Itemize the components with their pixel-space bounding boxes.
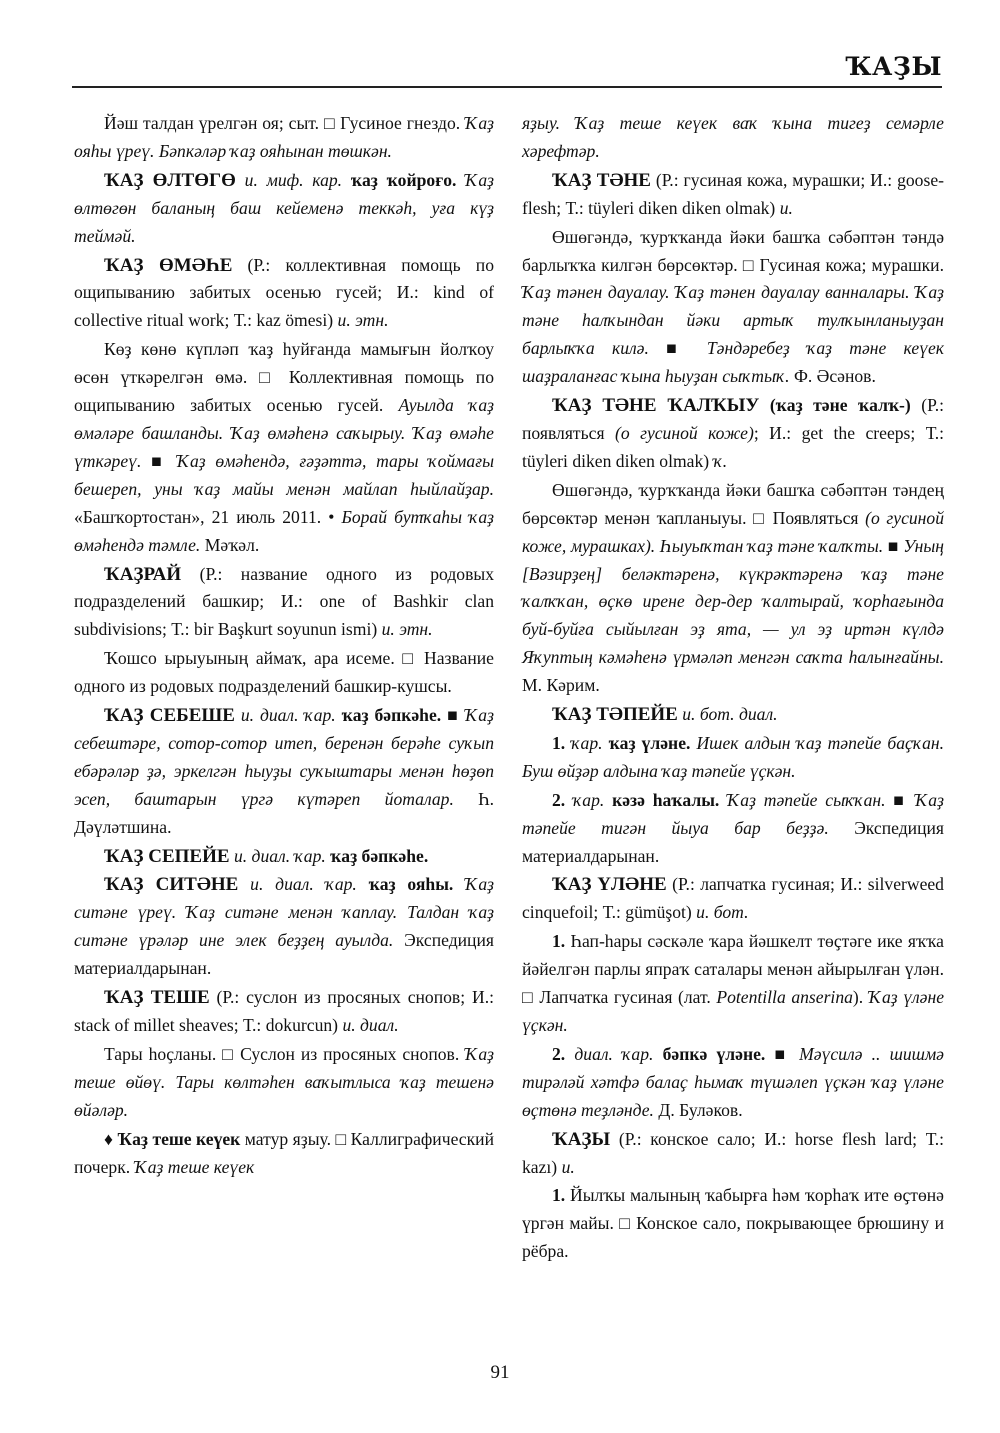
dictionary-entry-paragraph: 2. диал. ҡар. бәпкә үләне. ■ Мәүсилә .. …	[522, 1041, 944, 1125]
entry-text: 1.	[552, 1185, 565, 1205]
dictionary-entry-paragraph: Ҡошсо ырыуының аймаҡ, ара исеме. □ Назва…	[74, 645, 494, 701]
entry-text: ■	[649, 338, 707, 358]
entry-text: и.	[562, 1157, 575, 1177]
dictionary-entry-paragraph: ♦ Ҡаҙ теше кеүек матур яҙыу. □ Каллиграф…	[74, 1126, 494, 1182]
dictionary-entry-paragraph: Йәш талдан үрелгән оя; сыт. □ Гусиное гн…	[74, 110, 494, 166]
entry-text: и. бот. диал.	[678, 704, 778, 724]
dictionary-entry-paragraph: 1. ҡар. ҡаҙ үләне. Ишек алдын ҡаҙ тәпейе…	[522, 730, 944, 786]
headword: ҠАҘ ТӘНЕ	[552, 170, 651, 191]
entry-text: и.	[780, 198, 793, 218]
dictionary-entry-paragraph: 1. Һап-һары сәскәле ҡара йәшкелт төҫтәге…	[522, 928, 944, 1040]
entry-text: ■	[883, 536, 903, 556]
entry-text: ■	[441, 705, 465, 725]
entry-text: и. диал. ҡар.	[238, 874, 357, 894]
entry-text: и. диал. ҡар.	[230, 846, 326, 866]
entry-text: и. миф. кар.	[236, 170, 342, 190]
entry-text: ).	[853, 987, 869, 1007]
entry-text: Ҡаҙ тәпейе сыҡҡан.	[719, 790, 885, 810]
entry-text: ҡар.	[565, 790, 604, 810]
dictionary-entry-paragraph: Өшөгәндә, ҡурҡҡанда йәки башҡа сәбәптән …	[522, 224, 944, 391]
dictionary-entry-paragraph: ҠАҘ ТӘПЕЙЕ и. бот. диал.	[522, 701, 944, 729]
entry-text: 2.	[552, 790, 565, 810]
entry-text: Д. Буләков.	[654, 1100, 743, 1120]
headword: ҠАҘ СЕБЕШЕ	[104, 705, 235, 726]
dictionary-entry-paragraph: ҠАҘРАЙ (Р.: название одного из родовых п…	[74, 561, 494, 645]
headword: ҠАҘ ӨЛТӨГӨ	[104, 170, 236, 191]
dictionary-entry-paragraph: 1. Йылҡы малының ҡабырға һәм ҡорһаҡ ите …	[522, 1182, 944, 1266]
dictionary-entry-paragraph: ҠАҘ ӨЛТӨГӨ и. миф. кар. ҡаҙ ҡойроғо. Ҡаҙ…	[74, 167, 494, 251]
entry-text: Ф. Әсәнов.	[790, 366, 876, 386]
headword: ҠАҘ ТӘПЕЙЕ	[552, 704, 678, 725]
entry-text: ■	[765, 1044, 799, 1064]
entry-text: Potentilla anserina	[716, 987, 853, 1007]
left-column: Йәш талдан үрелгән оя; сыт. □ Гусиное гн…	[74, 110, 494, 1182]
dictionary-entry-paragraph: ҠАҘ ТӘНЕ (Р.: гусиная кожа, мурашки; И.:…	[522, 167, 944, 223]
entry-text: ҡаҙ ҡойроғо.	[342, 170, 456, 190]
entry-text: (о гусиной коже)	[615, 423, 754, 443]
entry-text: Ҡаҙ теше кеүек	[135, 1157, 255, 1177]
headword: ҠАҘ ҮЛӘНЕ	[552, 874, 667, 895]
entry-text: (ҡаҙ тәне ҡалҡ-)	[759, 395, 910, 415]
entry-text: М. Кәрим.	[522, 675, 600, 695]
entry-text: ■	[886, 790, 916, 810]
entry-text: ■	[141, 451, 176, 471]
entry-text: яҙыу. Ҡаҙ теше кеүек ваҡ ҡына тигеҙ семә…	[522, 113, 944, 161]
page-number: 91	[0, 1362, 1000, 1384]
entry-text: «Башҡортостан», 21 июль 2011. •	[74, 507, 341, 527]
entry-text: Тары һоҫланы. □ Суслон из просяных снопо…	[104, 1044, 465, 1064]
entry-text: диал. ҡар.	[565, 1044, 653, 1064]
entry-text: ҡар.	[565, 733, 602, 753]
right-column: яҙыу. Ҡаҙ теше кеүек ваҡ ҡына тигеҙ семә…	[522, 110, 944, 1267]
entry-text: и. этн.	[338, 310, 389, 330]
dictionary-entry-paragraph: ҠАҘ ТӘНЕ ҠАЛҠЫУ (ҡаҙ тәне ҡалҡ-) (Р.: по…	[522, 392, 944, 476]
entry-text: и. диал.	[342, 1015, 398, 1035]
entry-text: 1.	[552, 931, 565, 951]
entry-text: ♦	[104, 1129, 118, 1149]
entry-text: Ҡаҙ теше кеүек	[118, 1129, 241, 1149]
dictionary-entry-paragraph: ҠАҘ СЕПЕЙЕ и. диал. ҡар. ҡаҙ бәпкәһе.	[74, 843, 494, 871]
dictionary-entry-paragraph: ҠАҘ ҮЛӘНЕ (Р.: лапчатка гусиная; И.: sil…	[522, 871, 944, 927]
dictionary-entry-paragraph: 2. ҡар. кәзә һаҡалы. Ҡаҙ тәпейе сыҡҡан. …	[522, 787, 944, 871]
entry-text: и. диал. ҡар.	[235, 705, 336, 725]
running-head: ҠАҘЫ	[846, 52, 942, 81]
headword: ҠАҘ ӨМӘҺЕ	[104, 255, 232, 276]
entry-text: кәзә һаҡалы.	[604, 790, 719, 810]
entry-text: ҡаҙ ояһы.	[357, 874, 454, 894]
headword: ҠАҘ ТӘНЕ ҠАЛҠЫУ	[552, 395, 759, 416]
dictionary-entry-paragraph: Көҙ көнө күпләп ҡаҙ һуйғанда мамығын йол…	[74, 336, 494, 559]
headword: ҠАҘ СЕПЕЙЕ	[104, 846, 230, 867]
entry-text: 2.	[552, 1044, 565, 1064]
entry-text: ҡаҙ үләне.	[603, 733, 691, 753]
dictionary-entry-paragraph: ҠАҘ ӨМӘҺЕ (Р.: коллективная помощь по ощ…	[74, 252, 494, 336]
entry-text: и. этн.	[382, 619, 433, 639]
headword: ҠАҘЫ	[552, 1129, 610, 1150]
dictionary-entry-paragraph: ҠАҘ ТЕШЕ (Р.: суслон из просяных снопов;…	[74, 984, 494, 1040]
headword: ҠАҘРАЙ	[104, 564, 181, 585]
entry-text: Йылҡы малының ҡабырға һәм ҡорһаҡ ите өҫт…	[522, 1185, 944, 1261]
entry-text: Өшөгәндә, ҡурҡҡанда йәки башҡа сәбәптән …	[522, 227, 944, 275]
dictionary-entry-paragraph: ҠАҘЫ (Р.: конское сало; И.: horse flesh …	[522, 1126, 944, 1182]
dictionary-entry-paragraph: яҙыу. Ҡаҙ теше кеүек ваҡ ҡына тигеҙ семә…	[522, 110, 944, 166]
entry-text: Мәҡәл.	[200, 535, 259, 555]
entry-text: Йәш талдан үрелгән оя; сыт. □ Гусиное гн…	[104, 113, 465, 133]
entry-text: ҡаҙ бәпкәһе.	[336, 705, 441, 725]
entry-text: и. бот.	[696, 902, 748, 922]
dictionary-entry-paragraph: ҠАҘ СИТӘНЕ и. диал. ҡар. ҡаҙ ояһы. Ҡаҙ с…	[74, 871, 494, 983]
entry-text: ҡаҙ бәпкәһе.	[326, 846, 428, 866]
headword: ҠАҘ СИТӘНЕ	[104, 874, 238, 895]
entry-text: 1.	[552, 733, 565, 753]
entry-text: Ҡошсо ырыуының аймаҡ, ара исеме. □ Назва…	[74, 648, 494, 696]
entry-text: ҡ.	[714, 451, 728, 471]
dictionary-entry-paragraph: ҠАҘ СЕБЕШЕ и. диал. ҡар. ҡаҙ бәпкәһе. ■ …	[74, 702, 494, 842]
header-rule	[72, 86, 942, 88]
dictionary-entry-paragraph: Өшөгәндә, ҡурҡҡанда йәки башҡа сәбәптән …	[522, 477, 944, 700]
dictionary-entry-paragraph: Тары һоҫланы. □ Суслон из просяных снопо…	[74, 1041, 494, 1125]
headword: ҠАҘ ТЕШЕ	[104, 987, 210, 1008]
entry-text: бәпкә үләне.	[653, 1044, 765, 1064]
